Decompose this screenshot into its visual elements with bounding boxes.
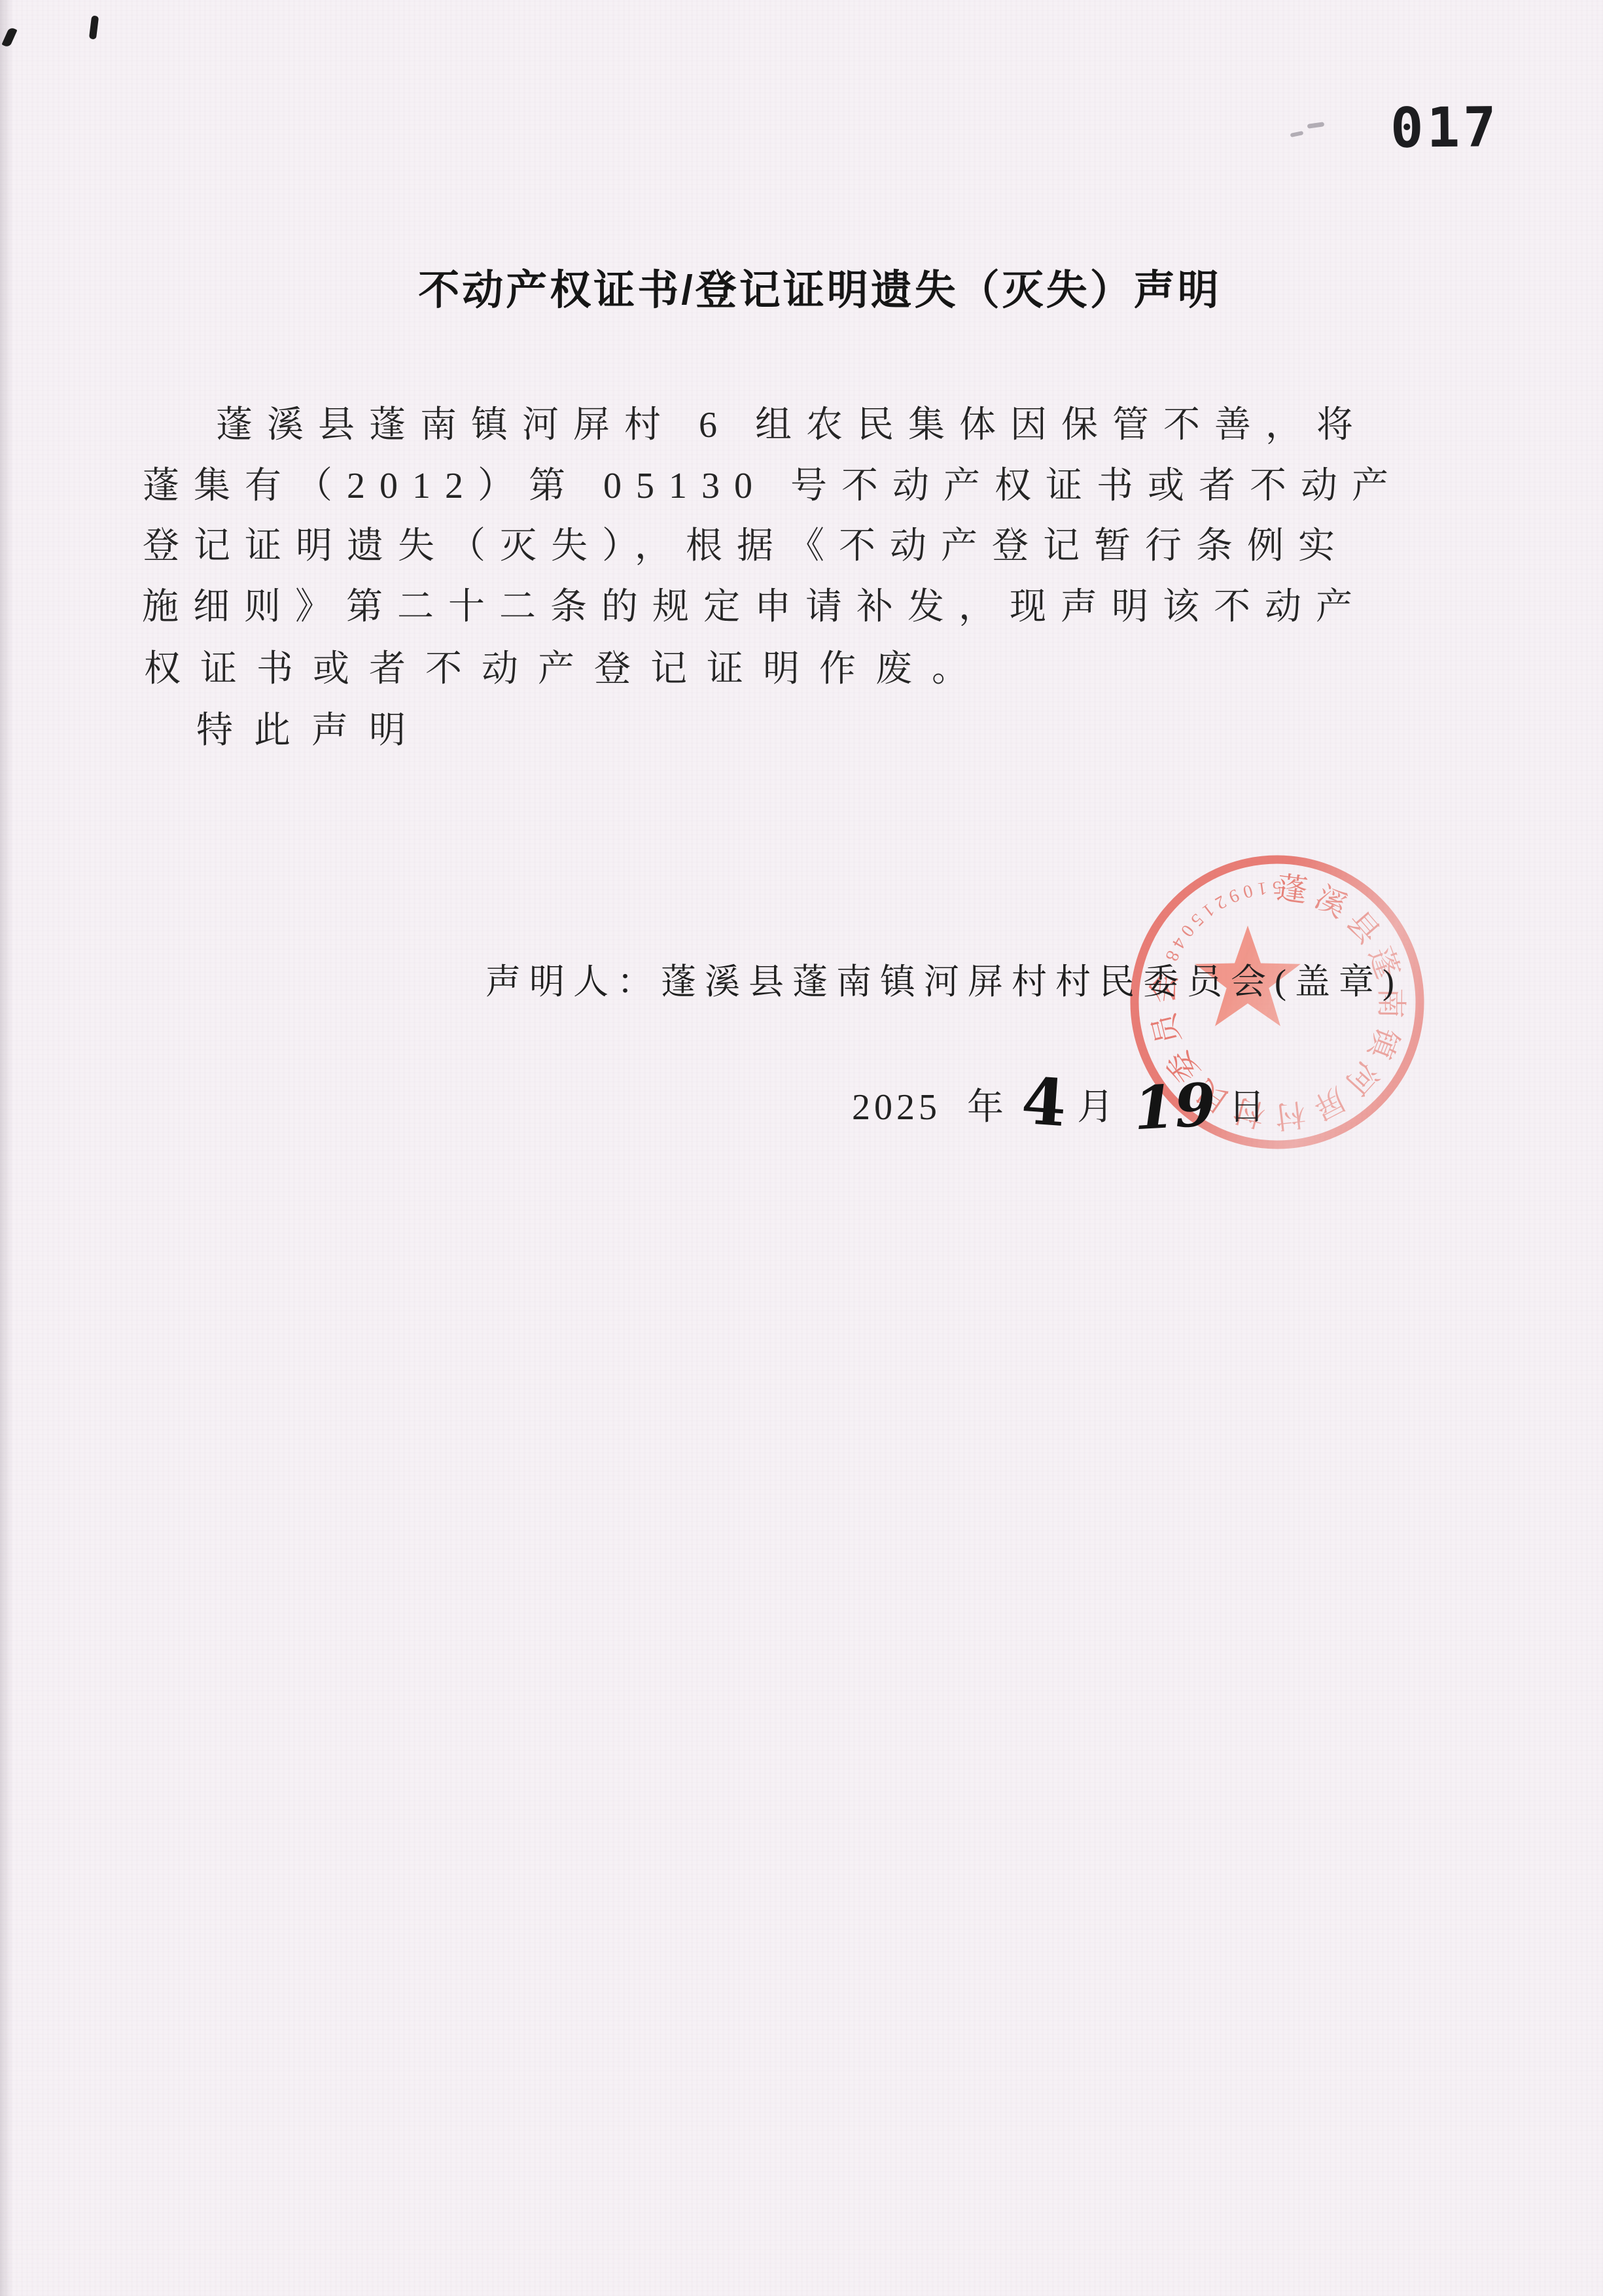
scanned-document-page: 017 不动产权证书/登记证明遗失（灭失）声明 蓬溪县蓬南镇河屏村 6 组农民集… [0, 0, 1603, 2296]
page-number-stamp: 017 [1390, 95, 1500, 160]
declarant-line: 声明人：蓬溪县蓬南镇河屏村村民委员会(盖章) [485, 954, 1403, 1004]
scanner-edge-shadow [0, 0, 13, 2296]
body-line: 蓬集有（2012）第 05130 号不动产权证书或者不动产 [143, 457, 1403, 509]
date-month-unit: 月 [1077, 1078, 1118, 1130]
body-line: 蓬溪县蓬南镇河屏村 6 组农民集体因保管不善，将 [216, 396, 1367, 448]
body-line: 施细则》第二十二条的规定申请补发，现声明该不动产 [142, 578, 1367, 630]
document-title: 不动产权证书/登记证明遗失（灭失）声明 [18, 257, 1603, 317]
handwritten-month: 4 [1019, 1064, 1069, 1141]
date-year: 2025 [852, 1087, 941, 1128]
scan-smudge-mark [1290, 123, 1328, 139]
body-line: 登记证明遗失（灭失），根据《不动产登记暂行条例实 [143, 517, 1349, 569]
date-line: 2025 年 4 月 19 日 [852, 1060, 1269, 1135]
closing-statement: 特此声明 [196, 701, 427, 754]
scan-artifact-mark [89, 15, 99, 39]
handwritten-day: 19 [1132, 1070, 1218, 1143]
date-year-unit: 年 [967, 1078, 1008, 1130]
date-day-unit: 日 [1228, 1078, 1269, 1130]
body-line: 权证书或者不动产登记证明作废。 [144, 640, 988, 692]
